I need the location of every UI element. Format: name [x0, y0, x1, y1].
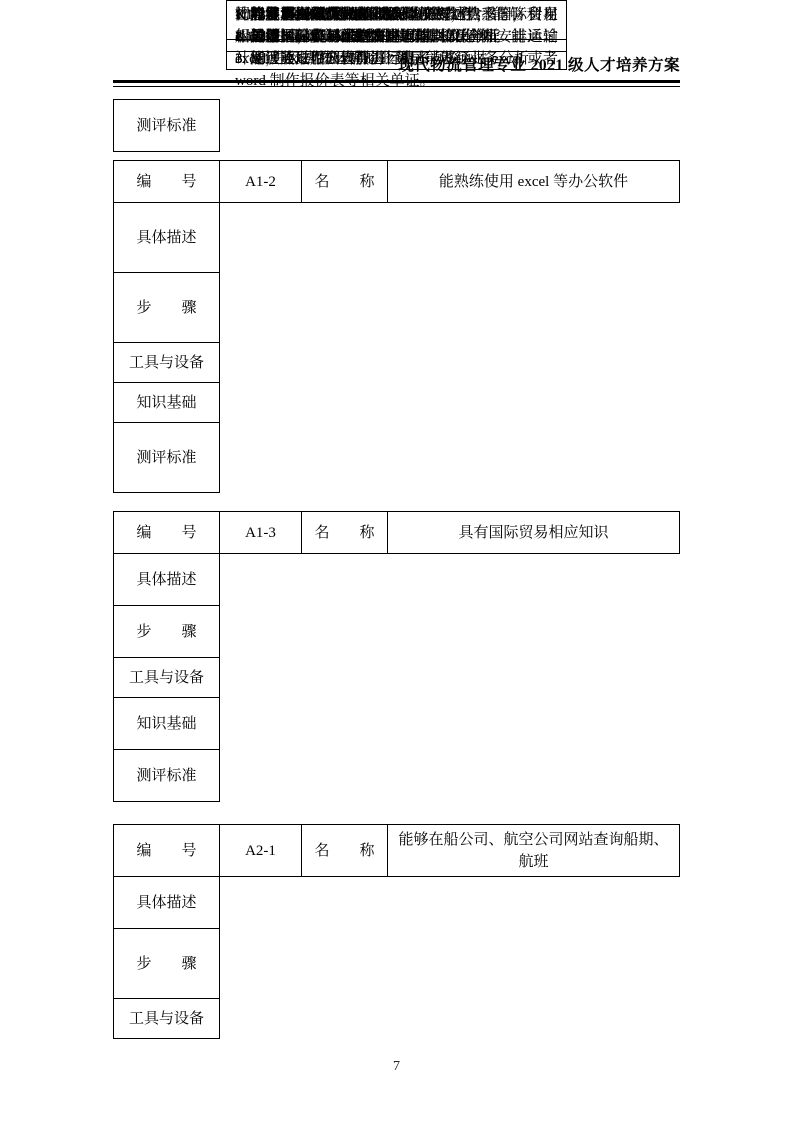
table-row-criteria: 测评标准 1. 能够利用 office 软件制作相应表格 2. 能够通过 exc…	[114, 423, 680, 493]
table-row-tools: 工具与设备 计算机、网络、office 办公软件	[114, 343, 680, 383]
page-number: 7	[393, 1059, 400, 1074]
cell-label-tools: 工具与设备	[114, 999, 220, 1039]
cell-label-name: 名 称	[302, 825, 388, 877]
table-row-tools: 工具与设备 物流英语、国际贸易术语、办公软件	[114, 999, 680, 1039]
cell-name-value: 具有国际贸易相应知识	[388, 512, 680, 554]
table-row-description: 具体描述 能够熟练使用 office 办公软件，能够利用 excel 进行相应运…	[114, 203, 680, 273]
cell-label-steps: 步 骤	[114, 273, 220, 343]
carryover-table: 测评标准 1. 能够通过运价表查询运费。 2. 具备报价表制作能力。	[113, 99, 680, 152]
table-row-criteria: 测评标准 1. 能够通过运价表查询运费。 2. 具备报价表制作能力。	[114, 100, 681, 152]
table-row-knowledge: 知识基础 K1-2-1 办公软件	[114, 383, 680, 423]
cell-label-knowledge: 知识基础	[114, 383, 220, 423]
cell-label-criteria: 测评标准	[114, 100, 220, 152]
cell-label-id: 编 号	[114, 512, 220, 554]
table-row-steps: 步 骤 1. 与客户沟通确认国际贸易方式 2. 根据国际贸易术语安排运输	[114, 606, 680, 658]
table-row-description: 具体描述 了解国际贸易相关法律法规，熟悉国际贸易相关术语，能够通过国际贸易术语合…	[114, 554, 680, 606]
cell-label-criteria: 测评标准	[114, 750, 220, 802]
table-row-steps: 步 骤 1. 通过 excel 制作报价表 2. 通过 word、excel 制…	[114, 273, 680, 343]
table-row-criteria: 测评标准 1. 熟练掌握 13 种国际贸易术语对应含义 2. 知悉国际贸易法律法…	[114, 750, 680, 802]
cell-label-id: 编 号	[114, 825, 220, 877]
cell-label-description: 具体描述	[114, 554, 220, 606]
cell-id-value: A1-2	[220, 161, 302, 203]
cell-label-steps: 步 骤	[114, 606, 220, 658]
task-table-a1-2: 编 号 A1-2 名 称 能熟练使用 excel 等办公软件 具体描述 能够熟练…	[113, 160, 680, 493]
cell-id-value: A2-1	[220, 825, 302, 877]
cell-label-criteria: 测评标准	[114, 423, 220, 493]
table-row-description: 具体描述 能够阅读英文船期表以及海运费率等，会在船公司、航空公司网站查询船期航班	[114, 877, 680, 929]
cell-label-tools: 工具与设备	[114, 343, 220, 383]
table-row-id-name: 编 号 A1-2 名 称 能熟练使用 excel 等办公软件	[114, 161, 680, 203]
page-content: 现代物流管理专业 2021 级人才培养方案 测评标准 1. 能够通过运价表查询运…	[113, 0, 680, 1039]
task-table-a2-1: 编 号 A2-1 名 称 能够在船公司、航空公司网站查询船期、航班 具体描述 能…	[113, 824, 680, 1039]
document-page: 现代物流管理专业 2021 级人才培养方案 测评标准 1. 能够通过运价表查询运…	[0, 0, 793, 1122]
cell-label-name: 名 称	[302, 161, 388, 203]
cell-label-name: 名 称	[302, 512, 388, 554]
cell-name-value: 能够在船公司、航空公司网站查询船期、航班	[388, 825, 680, 877]
table-row-knowledge: 知识基础 K1-3-1 国际货代相关知识 K1-3-2 国际贸易术语	[114, 698, 680, 750]
cell-label-knowledge: 知识基础	[114, 698, 220, 750]
cell-label-description: 具体描述	[114, 203, 220, 273]
cell-label-tools: 工具与设备	[114, 658, 220, 698]
task-table-a1-3: 编 号 A1-3 名 称 具有国际贸易相应知识 具体描述 了解国际贸易相关法律法…	[113, 511, 680, 802]
table-row-steps: 步 骤 1. 收发英文邮件 2. 与船司、航司联络确定船期、航班等 3. 阅读英…	[114, 929, 680, 999]
cell-tools-value: 物流英语、国际贸易术语、办公软件	[226, 0, 567, 40]
cell-label-steps: 步 骤	[114, 929, 220, 999]
cell-name-value: 能熟练使用 excel 等办公软件	[388, 161, 680, 203]
table-row-tools: 工具与设备 国际贸易实务、邮件、委托书等	[114, 658, 680, 698]
cell-id-value: A1-3	[220, 512, 302, 554]
step-line: 3. 阅读英文船期表与海运费率	[235, 48, 558, 70]
page-footer: 7	[0, 1056, 793, 1078]
cell-label-id: 编 号	[114, 161, 220, 203]
table-row-id-name: 编 号 A1-3 名 称 具有国际贸易相应知识	[114, 512, 680, 554]
cell-label-description: 具体描述	[114, 877, 220, 929]
table-row-id-name: 编 号 A2-1 名 称 能够在船公司、航空公司网站查询船期、航班	[114, 825, 680, 877]
